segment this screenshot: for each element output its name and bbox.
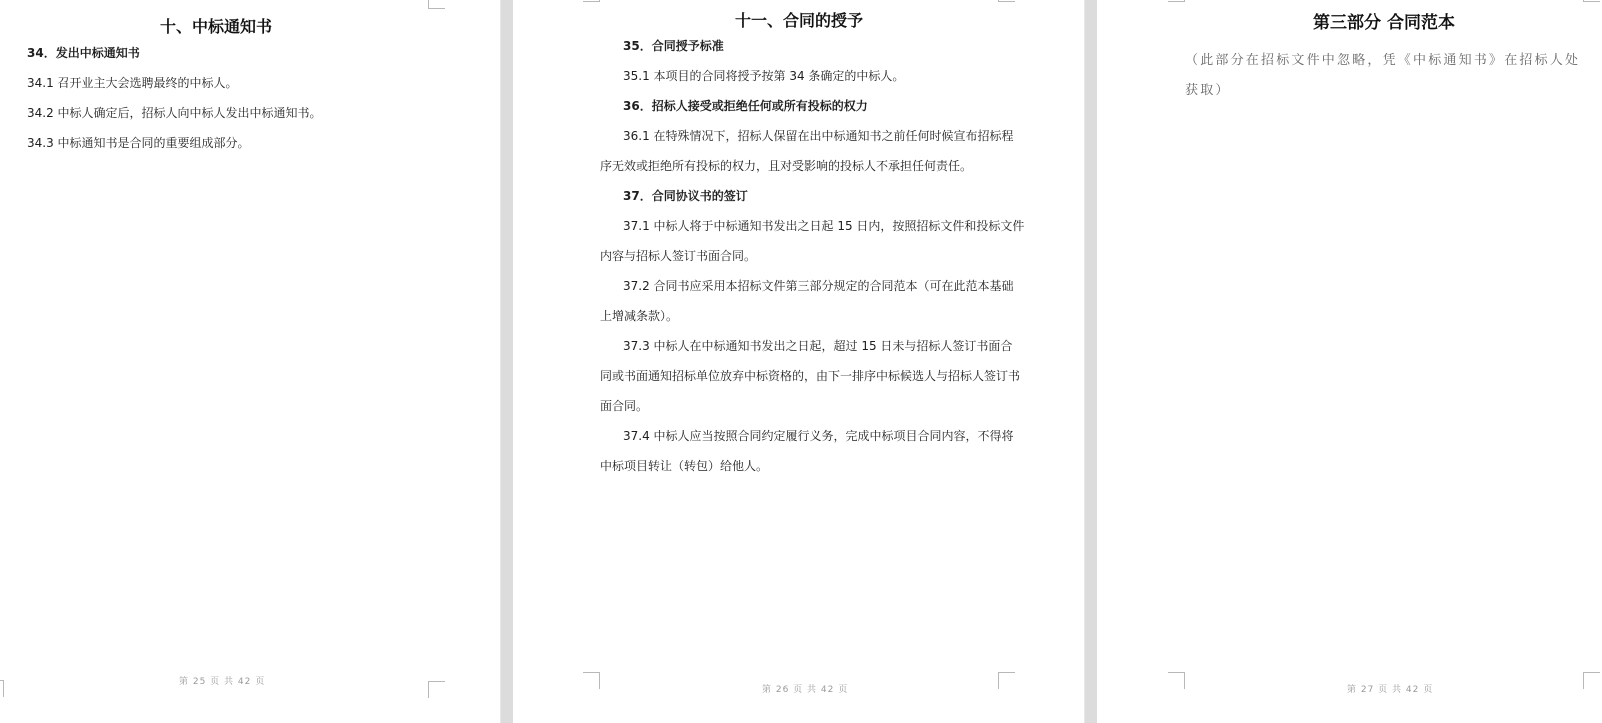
clause-35-1: 35.1 本项目的合同将授予按第 34 条确定的中标人。 xyxy=(623,68,904,84)
section-heading: 十一、合同的授予 xyxy=(600,8,998,31)
clause-heading-36: 36．招标人接受或拒绝任何或所有投标的权力 xyxy=(623,98,868,114)
clause-37-1-cont: 内容与招标人签订书面合同。 xyxy=(600,248,756,264)
corner-mark-top-left xyxy=(1168,0,1185,2)
clause-37-3: 37.3 中标人在中标通知书发出之日起，超过 15 日未与招标人签订书面合 xyxy=(623,338,1012,354)
clause-36-1: 36.1 在特殊情况下，招标人保留在出中标通知书之前任何时候宣布招标程 xyxy=(623,128,1014,144)
clause-37-4-cont: 中标项目转让（转包）给他人。 xyxy=(600,458,768,474)
corner-mark-top-right xyxy=(1583,0,1600,2)
note-line-2: 获取） xyxy=(1185,83,1231,99)
clause-36-1-cont: 序无效或拒绝所有投标的权力，且对受影响的投标人不承担任何责任。 xyxy=(600,158,972,174)
corner-mark-top-right xyxy=(428,0,445,9)
corner-mark-bottom-right xyxy=(428,681,445,698)
page-gutter xyxy=(500,0,513,723)
page-footer: 第 26 页 共 42 页 xyxy=(762,682,848,695)
clause-37-4: 37.4 中标人应当按照合同约定履行义务，完成中标项目合同内容，不得将 xyxy=(623,428,1014,444)
clause-heading-35: 35．合同授予标准 xyxy=(623,38,724,54)
clause-37-2: 37.2 合同书应采用本招标文件第三部分规定的合同范本（可在此范本基础 xyxy=(623,278,1014,294)
document-page-27: 第三部分 合同范本 （此部分在招标文件中忽略，凭《中标通知书》在招标人处 获取）… xyxy=(1097,0,1602,723)
clause-34-3: 34.3 中标通知书是合同的重要组成部分。 xyxy=(27,135,250,151)
corner-mark-top-right xyxy=(998,0,1015,2)
clause-37-1: 37.1 中标人将于中标通知书发出之日起 15 日内，按照招标文件和投标文件 xyxy=(623,218,1024,234)
clause-heading-34: 34．发出中标通知书 xyxy=(27,45,140,61)
corner-mark-bottom-right xyxy=(998,672,1015,689)
corner-mark-bottom-left xyxy=(583,672,600,689)
document-viewport[interactable]: 十、中标通知书 34．发出中标通知书 34.1 召开业主大会选聘最终的中标人。 … xyxy=(0,0,1602,723)
clause-37-3-cont-1: 同或书面通知招标单位放弃中标资格的，由下一排序中标候选人与招标人签订书 xyxy=(600,368,1020,384)
note-line-1: （此部分在招标文件中忽略，凭《中标通知书》在招标人处 xyxy=(1185,53,1580,69)
clause-heading-37: 37．合同协议书的签订 xyxy=(623,188,748,204)
corner-mark-bottom-right xyxy=(1583,672,1600,689)
corner-mark-bottom-left xyxy=(0,680,4,697)
corner-mark-top-left xyxy=(583,0,600,2)
section-heading: 十、中标通知书 xyxy=(0,14,432,37)
clause-37-2-cont: 上增减条款）。 xyxy=(600,308,678,324)
clause-34-1: 34.1 召开业主大会选聘最终的中标人。 xyxy=(27,75,238,91)
page-footer: 第 27 页 共 42 页 xyxy=(1347,682,1433,695)
page-footer: 第 25 页 共 42 页 xyxy=(179,674,265,687)
document-page-25: 十、中标通知书 34．发出中标通知书 34.1 召开业主大会选聘最终的中标人。 … xyxy=(0,0,500,723)
clause-37-3-cont-2: 面合同。 xyxy=(600,398,648,414)
clause-34-2: 34.2 中标人确定后，招标人向中标人发出中标通知书。 xyxy=(27,105,322,121)
document-page-26: 十一、合同的授予 35．合同授予标准 35.1 本项目的合同将授予按第 34 条… xyxy=(513,0,1084,723)
corner-mark-bottom-left xyxy=(1168,672,1185,689)
section-heading: 第三部分 合同范本 xyxy=(1185,8,1583,33)
page-gutter xyxy=(1084,0,1097,723)
